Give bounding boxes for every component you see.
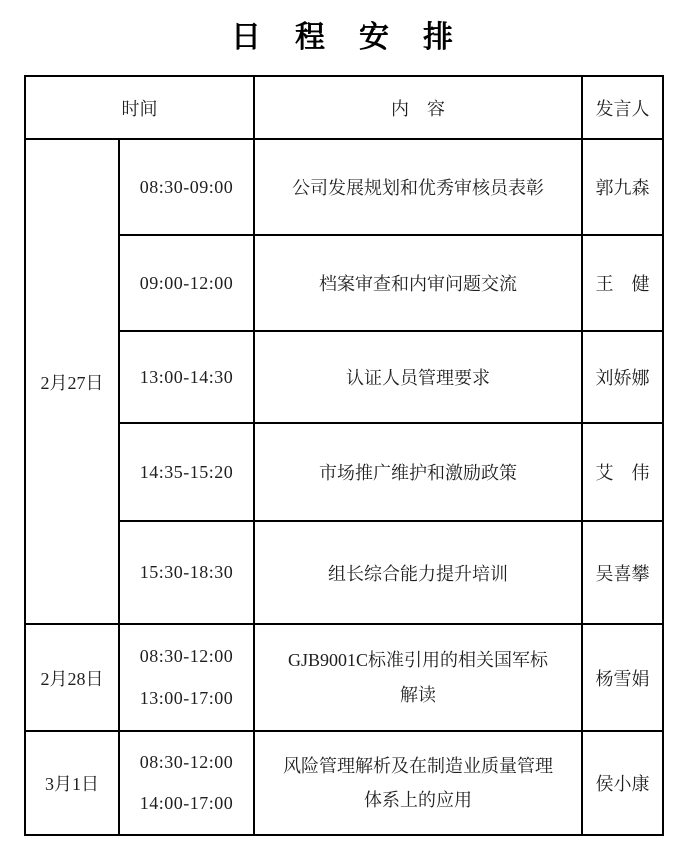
session-speaker: 杨雪娟: [582, 624, 663, 731]
session-time: 15:30-18:30: [119, 521, 254, 624]
session-row: 3月1日 08:30-12:00 14:00-17:00 风险管理解析及在制造业…: [25, 731, 663, 835]
session-time-afternoon: 14:00-17:00: [122, 783, 251, 824]
session-content: 风险管理解析及在制造业质量管理 体系上的应用: [254, 731, 582, 835]
session-row: 2月27日 08:30-09:00 公司发展规划和优秀审核员表彰 郭九森: [25, 139, 663, 235]
session-speaker: 王 健: [582, 235, 663, 331]
table-header-row: 时间 内 容 发言人: [25, 76, 663, 139]
session-row: 15:30-18:30 组长综合能力提升培训 吴喜攀: [25, 521, 663, 624]
column-header-time: 时间: [25, 76, 254, 139]
session-speaker: 刘娇娜: [582, 331, 663, 423]
session-time-afternoon: 13:00-17:00: [122, 678, 251, 719]
session-speaker: 艾 伟: [582, 423, 663, 521]
document-page: 日 程 安 排 时间 内 容 发言人 2月27日 08:30-09:00 公司发…: [0, 0, 686, 851]
session-time: 09:00-12:00: [119, 235, 254, 331]
session-row: 13:00-14:30 认证人员管理要求 刘娇娜: [25, 331, 663, 423]
session-content: GJB9001C标准引用的相关国军标 解读: [254, 624, 582, 731]
session-content: 认证人员管理要求: [254, 331, 582, 423]
session-time: 08:30-12:00 13:00-17:00: [119, 624, 254, 731]
session-content-line2: 体系上的应用: [257, 783, 579, 817]
page-title: 日 程 安 排: [0, 12, 686, 56]
date-cell-feb27: 2月27日: [25, 139, 119, 624]
session-time: 08:30-12:00 14:00-17:00: [119, 731, 254, 835]
session-time: 08:30-09:00: [119, 139, 254, 235]
session-row: 14:35-15:20 市场推广维护和激励政策 艾 伟: [25, 423, 663, 521]
session-content: 档案审查和内审问题交流: [254, 235, 582, 331]
session-speaker: 侯小康: [582, 731, 663, 835]
session-content: 组长综合能力提升培训: [254, 521, 582, 624]
date-cell-feb28: 2月28日: [25, 624, 119, 731]
session-row: 09:00-12:00 档案审查和内审问题交流 王 健: [25, 235, 663, 331]
session-content-line1: 风险管理解析及在制造业质量管理: [257, 749, 579, 783]
date-cell-mar1: 3月1日: [25, 731, 119, 835]
column-header-content: 内 容: [254, 76, 582, 139]
session-content: 市场推广维护和激励政策: [254, 423, 582, 521]
session-speaker: 吴喜攀: [582, 521, 663, 624]
session-content-line2: 解读: [257, 678, 579, 712]
session-content: 公司发展规划和优秀审核员表彰: [254, 139, 582, 235]
column-header-speaker: 发言人: [582, 76, 663, 139]
session-time-morning: 08:30-12:00: [122, 636, 251, 677]
schedule-table: 时间 内 容 发言人 2月27日 08:30-09:00 公司发展规划和优秀审核…: [24, 75, 664, 836]
session-time-morning: 08:30-12:00: [122, 742, 251, 783]
session-row: 2月28日 08:30-12:00 13:00-17:00 GJB9001C标准…: [25, 624, 663, 731]
session-speaker: 郭九森: [582, 139, 663, 235]
session-time: 14:35-15:20: [119, 423, 254, 521]
session-time: 13:00-14:30: [119, 331, 254, 423]
session-content-line1: GJB9001C标准引用的相关国军标: [257, 643, 579, 677]
